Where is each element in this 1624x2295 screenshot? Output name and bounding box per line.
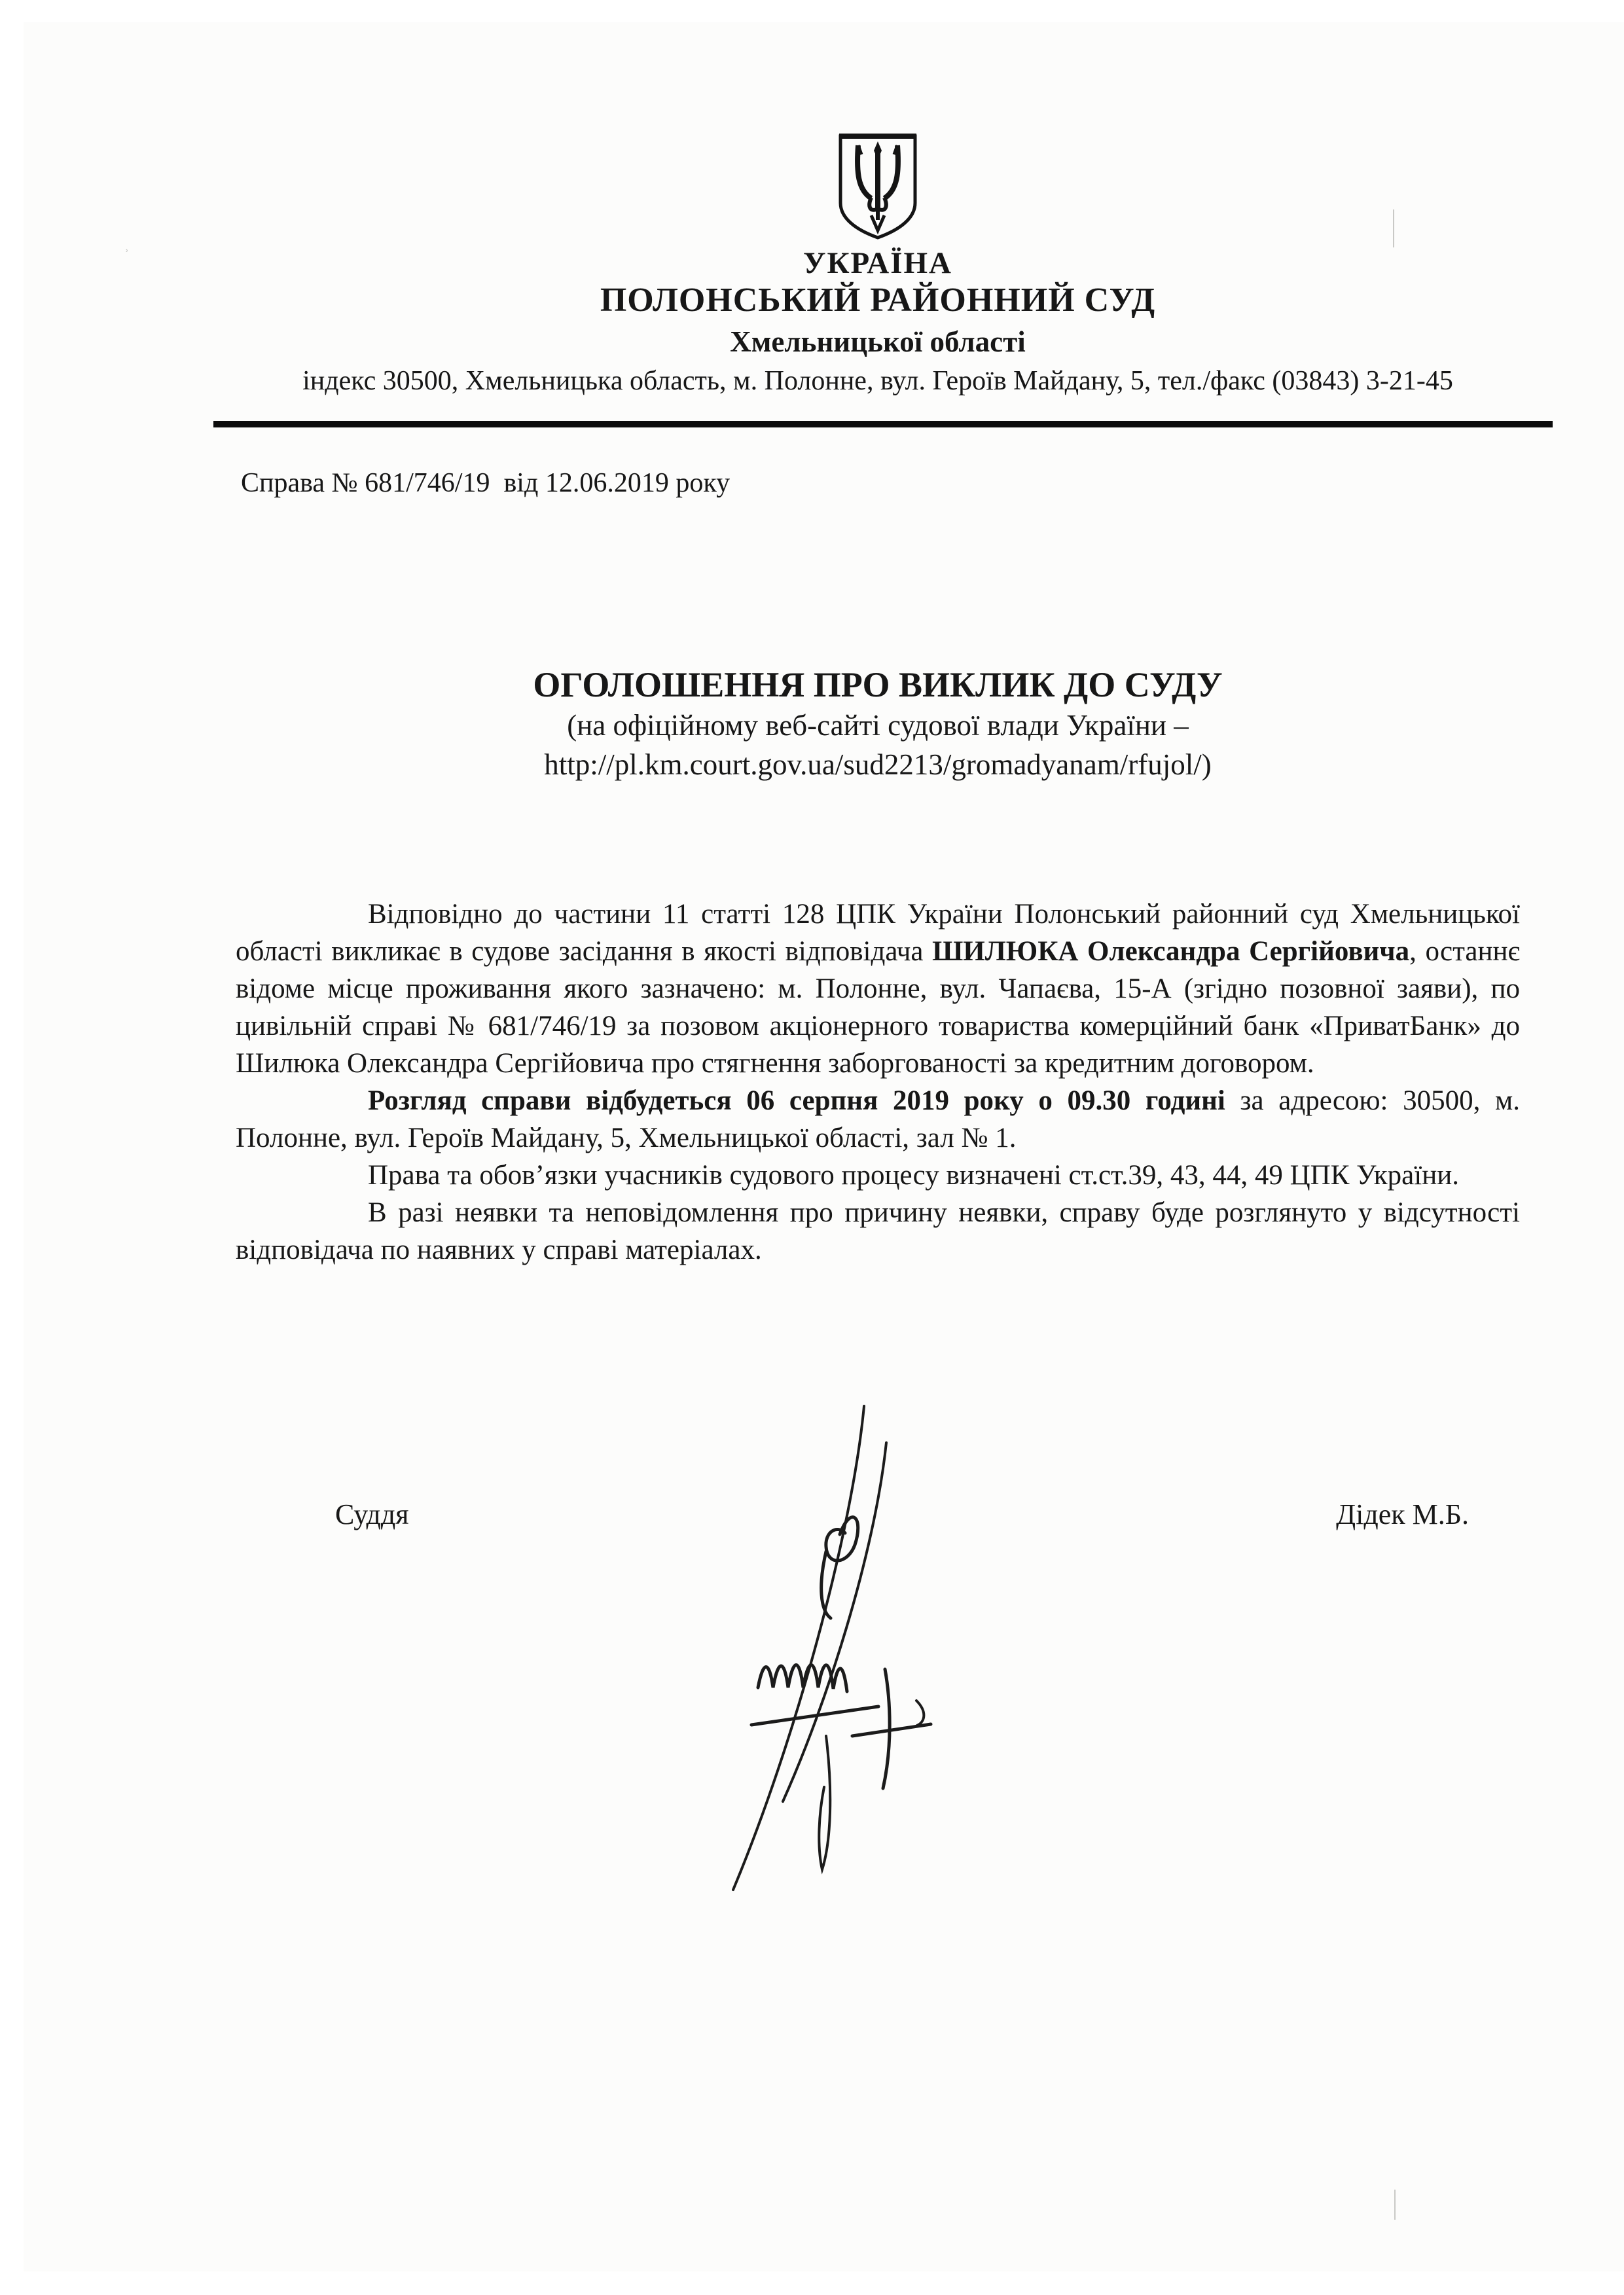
body-paragraph-summons: Відповідно до частини 11 статті 128 ЦПК … <box>236 895 1520 1082</box>
announcement-title-block: ОГОЛОШЕННЯ ПРО ВИКЛИК ДО СУДУ (на офіцій… <box>236 664 1520 784</box>
announcement-title: ОГОЛОШЕННЯ ПРО ВИКЛИК ДО СУДУ <box>236 664 1520 706</box>
handwritten-signature-icon <box>655 1394 956 1905</box>
case-number-line: Справа № 681/746/19 від 12.06.2019 року <box>241 467 730 499</box>
judge-name: Дідек М.Б. <box>1336 1498 1469 1532</box>
country-name: УКРАЇНА <box>236 246 1520 280</box>
court-address: індекс 30500, Хмельницька область, м. По… <box>236 365 1520 397</box>
scanner-speck: ˒ <box>124 240 129 257</box>
header-divider-rule <box>213 421 1553 427</box>
court-region: Хмельницької області <box>236 325 1520 359</box>
scanner-artifact-line <box>1394 2190 1396 2220</box>
scanner-artifact-line <box>1393 209 1394 247</box>
judge-label: Суддя <box>335 1498 409 1532</box>
announcement-url-text: http://pl.km.court.gov.ua/sud2213/gromad… <box>236 745 1520 784</box>
body-paragraph-hearing-date: Розгляд справи відбудеться 06 серпня 201… <box>236 1082 1520 1157</box>
announcement-subtitle: (на офіційному веб-сайті судової влади У… <box>236 706 1520 745</box>
document-body: Відповідно до частини 11 статті 128 ЦПК … <box>236 895 1520 1269</box>
scanned-court-document-page: { "header": { "emblem_icon": "ukraine-tr… <box>0 0 1624 2295</box>
ukraine-trident-emblem-icon <box>837 132 919 242</box>
court-name: ПОЛОНСЬКИЙ РАЙОННИЙ СУД <box>236 281 1520 319</box>
body-paragraph-rights: Права та обов’язки учасників судового пр… <box>236 1157 1520 1194</box>
body-paragraph-absence-warning: В разі неявки та неповідомлення про прич… <box>236 1194 1520 1269</box>
